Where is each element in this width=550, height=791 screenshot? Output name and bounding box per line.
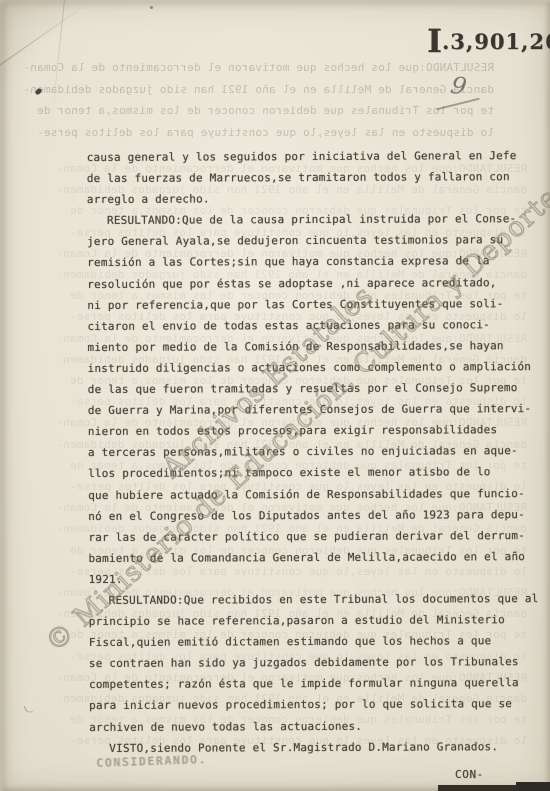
document-line: VISTO,siendo Ponente el Sr.Magistrado D.… bbox=[89, 736, 547, 759]
document-line: se contraen han sido ya juzgados debidam… bbox=[89, 651, 547, 674]
scan-edge-dark-corner bbox=[516, 782, 550, 791]
document-line: RESULTANDO:Que recibidos en este Tribuna… bbox=[89, 588, 547, 611]
stamp-prefix: I bbox=[427, 22, 442, 60]
paper-left-edge bbox=[0, 0, 6, 791]
document-line: Fiscal,quien emitió dictamen estimando q… bbox=[89, 630, 547, 653]
scanned-document-page: RESULTANDO:que los hechos que motivaron … bbox=[0, 0, 550, 791]
ink-speck bbox=[150, 6, 153, 9]
document-line: para iniciar nuevos procedimientos; por … bbox=[89, 693, 547, 716]
document-line: competentes; razón ésta que le impide fo… bbox=[89, 672, 547, 695]
stamp-digits: .3,901,264 bbox=[442, 29, 550, 54]
document-line: archiven de nuevo todas las actuaciones. bbox=[89, 715, 547, 738]
bleedthrough-line: lo dispuesto en las leyes,lo que constit… bbox=[32, 122, 494, 144]
catchword: CON- bbox=[455, 768, 484, 781]
document-line: principio se hace referencia,pasaron a e… bbox=[89, 609, 547, 632]
reference-number-stamp: I.3,901,264 bbox=[427, 22, 550, 60]
